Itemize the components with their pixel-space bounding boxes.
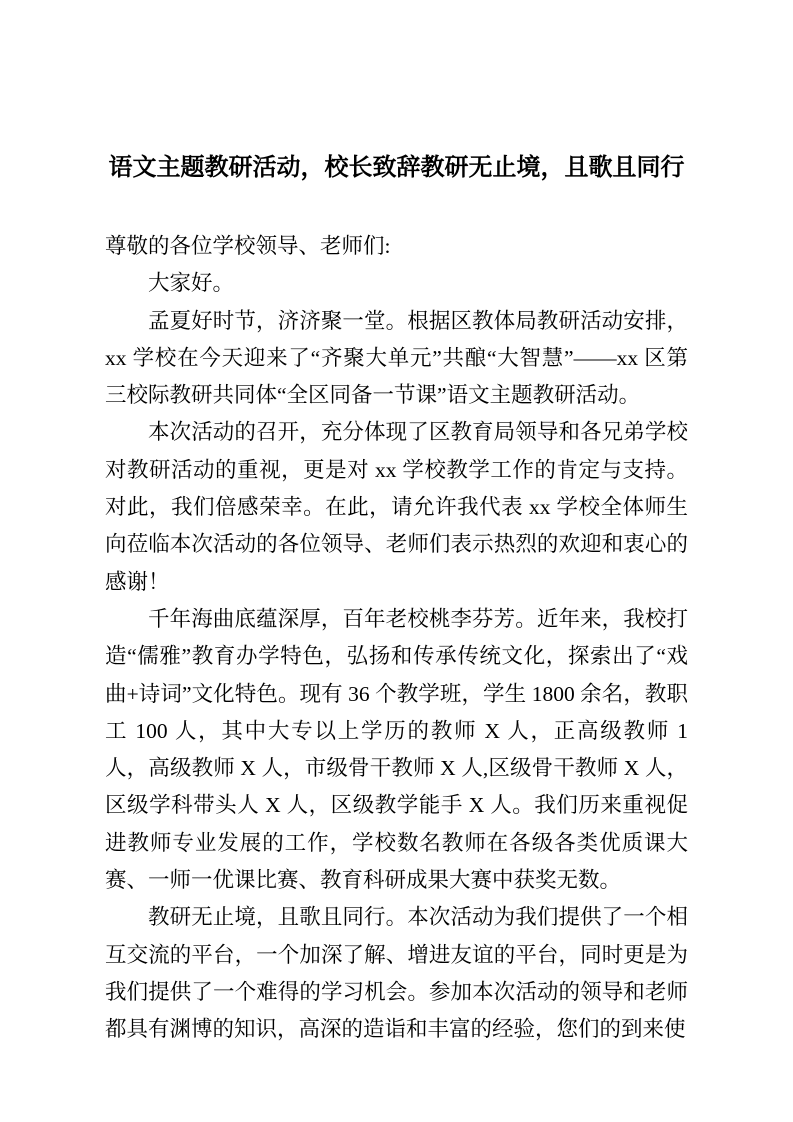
salutation-line: 尊敬的各位学校领导、老师们: — [105, 228, 688, 265]
paragraph-learning-platform: 教研无止境，且歌且同行。本次活动为我们提供了一个相互交流的平台，一个加深了解、增… — [105, 899, 688, 1048]
document-page: 语文主题教研活动，校长致辞教研无止境，且歌且同行 尊敬的各位学校领导、老师们: … — [0, 0, 793, 1122]
paragraph-school-introduction: 千年海曲底蕴深厚，百年老校桃李芬芳。近年来，我校打造“儒雅”教育办学特色，弘扬和… — [105, 601, 688, 899]
paragraph-event-opening: 孟夏好时节，济济聚一堂。根据区教体局教研活动安排，xx 学校在今天迎来了“齐聚大… — [105, 303, 688, 415]
paragraph-welcome-thanks: 本次活动的召开，充分体现了区教育局领导和各兄弟学校对教研活动的重视，更是对 xx… — [105, 414, 688, 600]
document-title: 语文主题教研活动，校长致辞教研无止境，且歌且同行 — [0, 0, 793, 187]
document-body: 尊敬的各位学校领导、老师们: 大家好。 孟夏好时节，济济聚一堂。根据区教体局教研… — [105, 228, 688, 1049]
greeting-line: 大家好。 — [105, 265, 688, 302]
